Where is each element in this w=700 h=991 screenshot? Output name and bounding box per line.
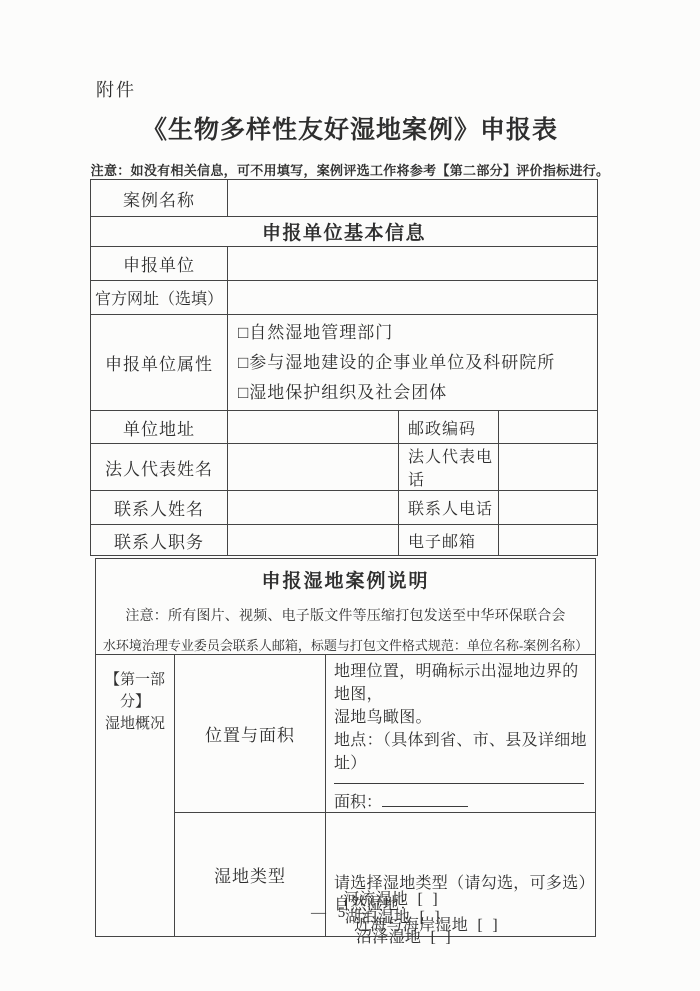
applicant-label: 申报单位 bbox=[91, 247, 228, 281]
case-table-header-cell: 申报湿地案例说明 注意：所有图片、视频、电子版文件等压缩打包发送至中华环保联合会… bbox=[96, 559, 596, 655]
location-address-line: 地点：（具体到省、市、县及详细地址） bbox=[334, 729, 587, 775]
part1-overview-cell: 【第一部 分】 湿地概况 bbox=[96, 655, 175, 937]
basic-info-table: 案例名称 申报单位基本信息 申报单位 官方网址（选填） 申报单位属性 □自然湿地… bbox=[90, 179, 598, 556]
address-fill-line[interactable] bbox=[334, 778, 584, 784]
location-area-label: 位置与面积 bbox=[175, 655, 326, 813]
contact-phone-label: 联系人电话 bbox=[399, 491, 499, 525]
part1-line1: 【第一部 bbox=[96, 669, 174, 691]
wetland-type-label: 湿地类型 bbox=[175, 813, 326, 937]
contact-title-value-cell[interactable] bbox=[228, 525, 399, 556]
address-label: 单位地址 bbox=[91, 411, 228, 444]
postcode-label: 邮政编码 bbox=[399, 411, 499, 444]
case-name-label: 案例名称 bbox=[91, 180, 228, 217]
form-title: 《生物多样性友好湿地案例》申报表 bbox=[0, 110, 700, 146]
contact-phone-value-cell[interactable] bbox=[499, 491, 598, 525]
case-table-note-line1: 注意：所有图片、视频、电子版文件等压缩打包发送至中华环保联合会 bbox=[96, 605, 595, 625]
part1-line3: 湿地概况 bbox=[96, 713, 174, 735]
legal-rep-phone-label: 法人代表电话 bbox=[399, 444, 499, 491]
email-value-cell[interactable] bbox=[499, 525, 598, 556]
location-desc-line1: 地理位置，明确标示出湿地边界的地图， bbox=[334, 660, 587, 706]
attachment-label: 附件 bbox=[96, 76, 136, 102]
form-top-note: 注意：如没有相关信息，可不用填写，案例评选工作将参考【第二部分】评价指标进行。 bbox=[0, 160, 700, 179]
section-header-basic-info: 申报单位基本信息 bbox=[91, 217, 598, 247]
contact-name-label: 联系人姓名 bbox=[91, 491, 228, 525]
wetland-type-option-marsh[interactable]: 沼泽湿地 [ ] bbox=[356, 924, 451, 947]
applicant-value-cell[interactable] bbox=[228, 247, 598, 281]
location-area-content-cell: 地理位置，明确标示出湿地边界的地图， 湿地鸟瞰图。 地点：（具体到省、市、县及详… bbox=[326, 655, 596, 813]
case-table-note-line2: 水环境治理专业委员会联系人邮箱，标题与打包文件格式规范：单位名称-案例名称） bbox=[96, 635, 595, 654]
checkbox-option-wetland-dept[interactable]: □自然湿地管理部门 bbox=[238, 318, 597, 348]
legal-rep-name-value-cell[interactable] bbox=[228, 444, 399, 491]
legal-rep-phone-value-cell[interactable] bbox=[499, 444, 598, 491]
attribute-options-cell: □自然湿地管理部门 □参与湿地建设的企事业单位及科研院所 □湿地保护组织及社会团… bbox=[228, 315, 598, 411]
attribute-label: 申报单位属性 bbox=[91, 315, 228, 411]
scanned-form-page: 附件 《生物多样性友好湿地案例》申报表 注意：如没有相关信息，可不用填写，案例评… bbox=[0, 0, 700, 991]
area-label: 面积： bbox=[334, 794, 382, 811]
area-fill-line[interactable] bbox=[382, 792, 468, 807]
website-label: 官方网址（选填） bbox=[91, 281, 228, 315]
checkbox-option-ngo[interactable]: □湿地保护组织及社会团体 bbox=[238, 378, 597, 408]
checkbox-option-enterprise[interactable]: □参与湿地建设的企事业单位及科研院所 bbox=[238, 348, 597, 378]
case-table-title: 申报湿地案例说明 bbox=[96, 566, 595, 593]
area-fill-row: 面积： bbox=[334, 789, 587, 812]
case-description-table: 申报湿地案例说明 注意：所有图片、视频、电子版文件等压缩打包发送至中华环保联合会… bbox=[95, 558, 596, 937]
email-label: 电子邮箱 bbox=[399, 525, 499, 556]
part1-line2: 分】 bbox=[96, 691, 174, 713]
website-value-cell[interactable] bbox=[228, 281, 598, 315]
postcode-value-cell[interactable] bbox=[499, 411, 598, 444]
case-name-value-cell[interactable] bbox=[228, 180, 598, 217]
location-desc-line2: 湿地鸟瞰图。 bbox=[334, 706, 587, 729]
legal-rep-name-label: 法人代表姓名 bbox=[91, 444, 228, 491]
address-value-cell[interactable] bbox=[228, 411, 399, 444]
contact-title-label: 联系人职务 bbox=[91, 525, 228, 556]
contact-name-value-cell[interactable] bbox=[228, 491, 399, 525]
